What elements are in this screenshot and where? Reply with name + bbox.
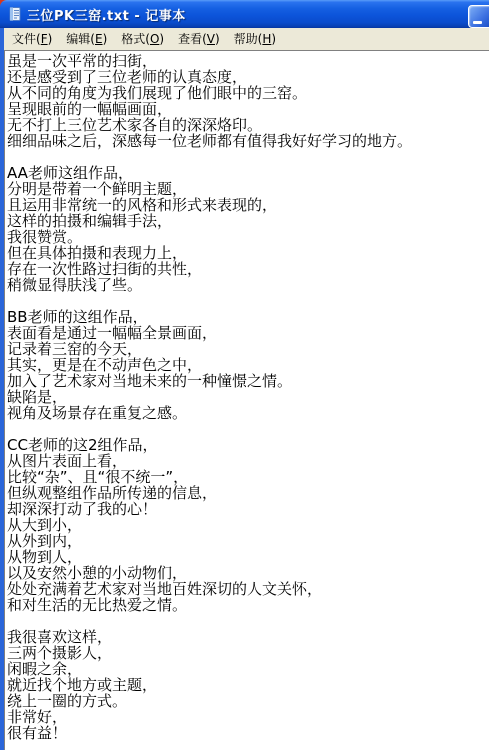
text-line: 以及安然小憩的小动物们， [7, 565, 489, 581]
menu-label: ) [215, 32, 220, 46]
menu-accesskey: O [150, 32, 159, 46]
text-line: 视角及场景存在重复之感。 [7, 405, 489, 421]
text-line: 分明是带着一个鲜明主题， [7, 181, 489, 197]
text-line: 和对生活的无比热爱之情。 [7, 597, 489, 613]
minimize-button[interactable] [468, 5, 489, 28]
text-line: CC老师的这2组作品， [7, 437, 489, 453]
text-line: 缺陷是， [7, 389, 489, 405]
notepad-icon [7, 6, 23, 22]
menu-label: 编辑( [66, 32, 95, 46]
text-line [7, 293, 489, 309]
text-line: 从物到人， [7, 549, 489, 565]
text-line: 稍微显得肤浅了些。 [7, 277, 489, 293]
text-line: 绕上一圈的方式。 [7, 693, 489, 709]
menu-accesskey: E [95, 32, 103, 46]
menu-label: ) [48, 32, 53, 46]
menu-label: ) [103, 32, 108, 46]
text-line: 虽是一次平常的扫街， [7, 53, 489, 69]
text-line: BB老师的这组作品， [7, 309, 489, 325]
text-line: 呈现眼前的一幅幅画面， [7, 101, 489, 117]
menu-label: 文件( [12, 32, 41, 46]
menu-item-file[interactable]: 文件(F) [6, 29, 58, 49]
text-line: 处处充满着艺术家对当地百姓深切的人文关怀， [7, 581, 489, 597]
menu-item-format[interactable]: 格式(O) [115, 29, 170, 49]
text-line: 但在具体拍摄和表现力上， [7, 245, 489, 261]
text-line: 很有益！ [7, 725, 489, 741]
text-editor[interactable]: 虽是一次平常的扫街，还是感受到了三位老师的认真态度，从不同的角度为我们展现了他们… [4, 50, 489, 750]
text-line: 还是感受到了三位老师的认真态度， [7, 69, 489, 85]
menu-label: ) [271, 32, 276, 46]
menu-item-edit[interactable]: 编辑(E) [60, 29, 113, 49]
text-line: 从大到小， [7, 517, 489, 533]
text-line: 我很喜欢这样， [7, 629, 489, 645]
text-line: 加入了艺术家对当地未来的一种憧憬之情。 [7, 373, 489, 389]
menu-accesskey: V [207, 32, 215, 46]
text-line: 非常好， [7, 709, 489, 725]
menu-label: 帮助( [234, 32, 263, 46]
text-line: 细细品味之后，深感每一位老师都有值得我好好学习的地方。 [7, 133, 489, 149]
titlebar[interactable]: 三位PK三窑.txt - 记事本 [0, 0, 489, 28]
text-line: 记录着三窑的今天， [7, 341, 489, 357]
text-line: 闲暇之余， [7, 661, 489, 677]
text-line [7, 149, 489, 165]
text-line: 表面看是通过一幅幅全景画面， [7, 325, 489, 341]
text-line: 存在一次性路过扫街的共性， [7, 261, 489, 277]
text-line [7, 613, 489, 629]
window-body: 文件(F) 编辑(E) 格式(O) 查看(V) 帮助(H) 虽是一次平常的扫街，… [0, 28, 489, 750]
menubar: 文件(F) 编辑(E) 格式(O) 查看(V) 帮助(H) [4, 28, 489, 50]
screenshot-root: 三位PK三窑.txt - 记事本 文件(F) 编辑(E) 格式(O) 查看(V)… [0, 0, 489, 750]
menu-item-view[interactable]: 查看(V) [172, 29, 226, 49]
menu-label: ) [159, 32, 164, 46]
text-line [7, 421, 489, 437]
menu-label: 格式( [121, 32, 150, 46]
text-line: 其实，更是在不动声色之中， [7, 357, 489, 373]
text-line: 且运用非常统一的风格和形式来表现的， [7, 197, 489, 213]
menu-accesskey: F [41, 32, 48, 46]
text-line: 三两个摄影人， [7, 645, 489, 661]
text-line: 但纵观整组作品所传递的信息， [7, 485, 489, 501]
editor-lines: 虽是一次平常的扫街，还是感受到了三位老师的认真态度，从不同的角度为我们展现了他们… [7, 53, 489, 741]
text-line: 却深深打动了我的心！ [7, 501, 489, 517]
text-line: 从图片表面上看， [7, 453, 489, 469]
text-line: 从外到内， [7, 533, 489, 549]
text-line: 这样的拍摄和编辑手法， [7, 213, 489, 229]
text-line: 从不同的角度为我们展现了他们眼中的三窑。 [7, 85, 489, 101]
menu-label: 查看( [178, 32, 207, 46]
notepad-window: 三位PK三窑.txt - 记事本 文件(F) 编辑(E) 格式(O) 查看(V)… [0, 0, 489, 750]
minimize-icon [473, 21, 482, 24]
window-title: 三位PK三窑.txt - 记事本 [27, 5, 186, 24]
text-line: 无不打上三位艺术家各自的深深烙印。 [7, 117, 489, 133]
text-line: 比较“杂”、且“很不统一”， [7, 469, 489, 485]
text-line: AA老师这组作品， [7, 165, 489, 181]
text-line: 就近找个地方或主题， [7, 677, 489, 693]
menu-item-help[interactable]: 帮助(H) [228, 29, 282, 49]
text-line: 我很赞赏。 [7, 229, 489, 245]
